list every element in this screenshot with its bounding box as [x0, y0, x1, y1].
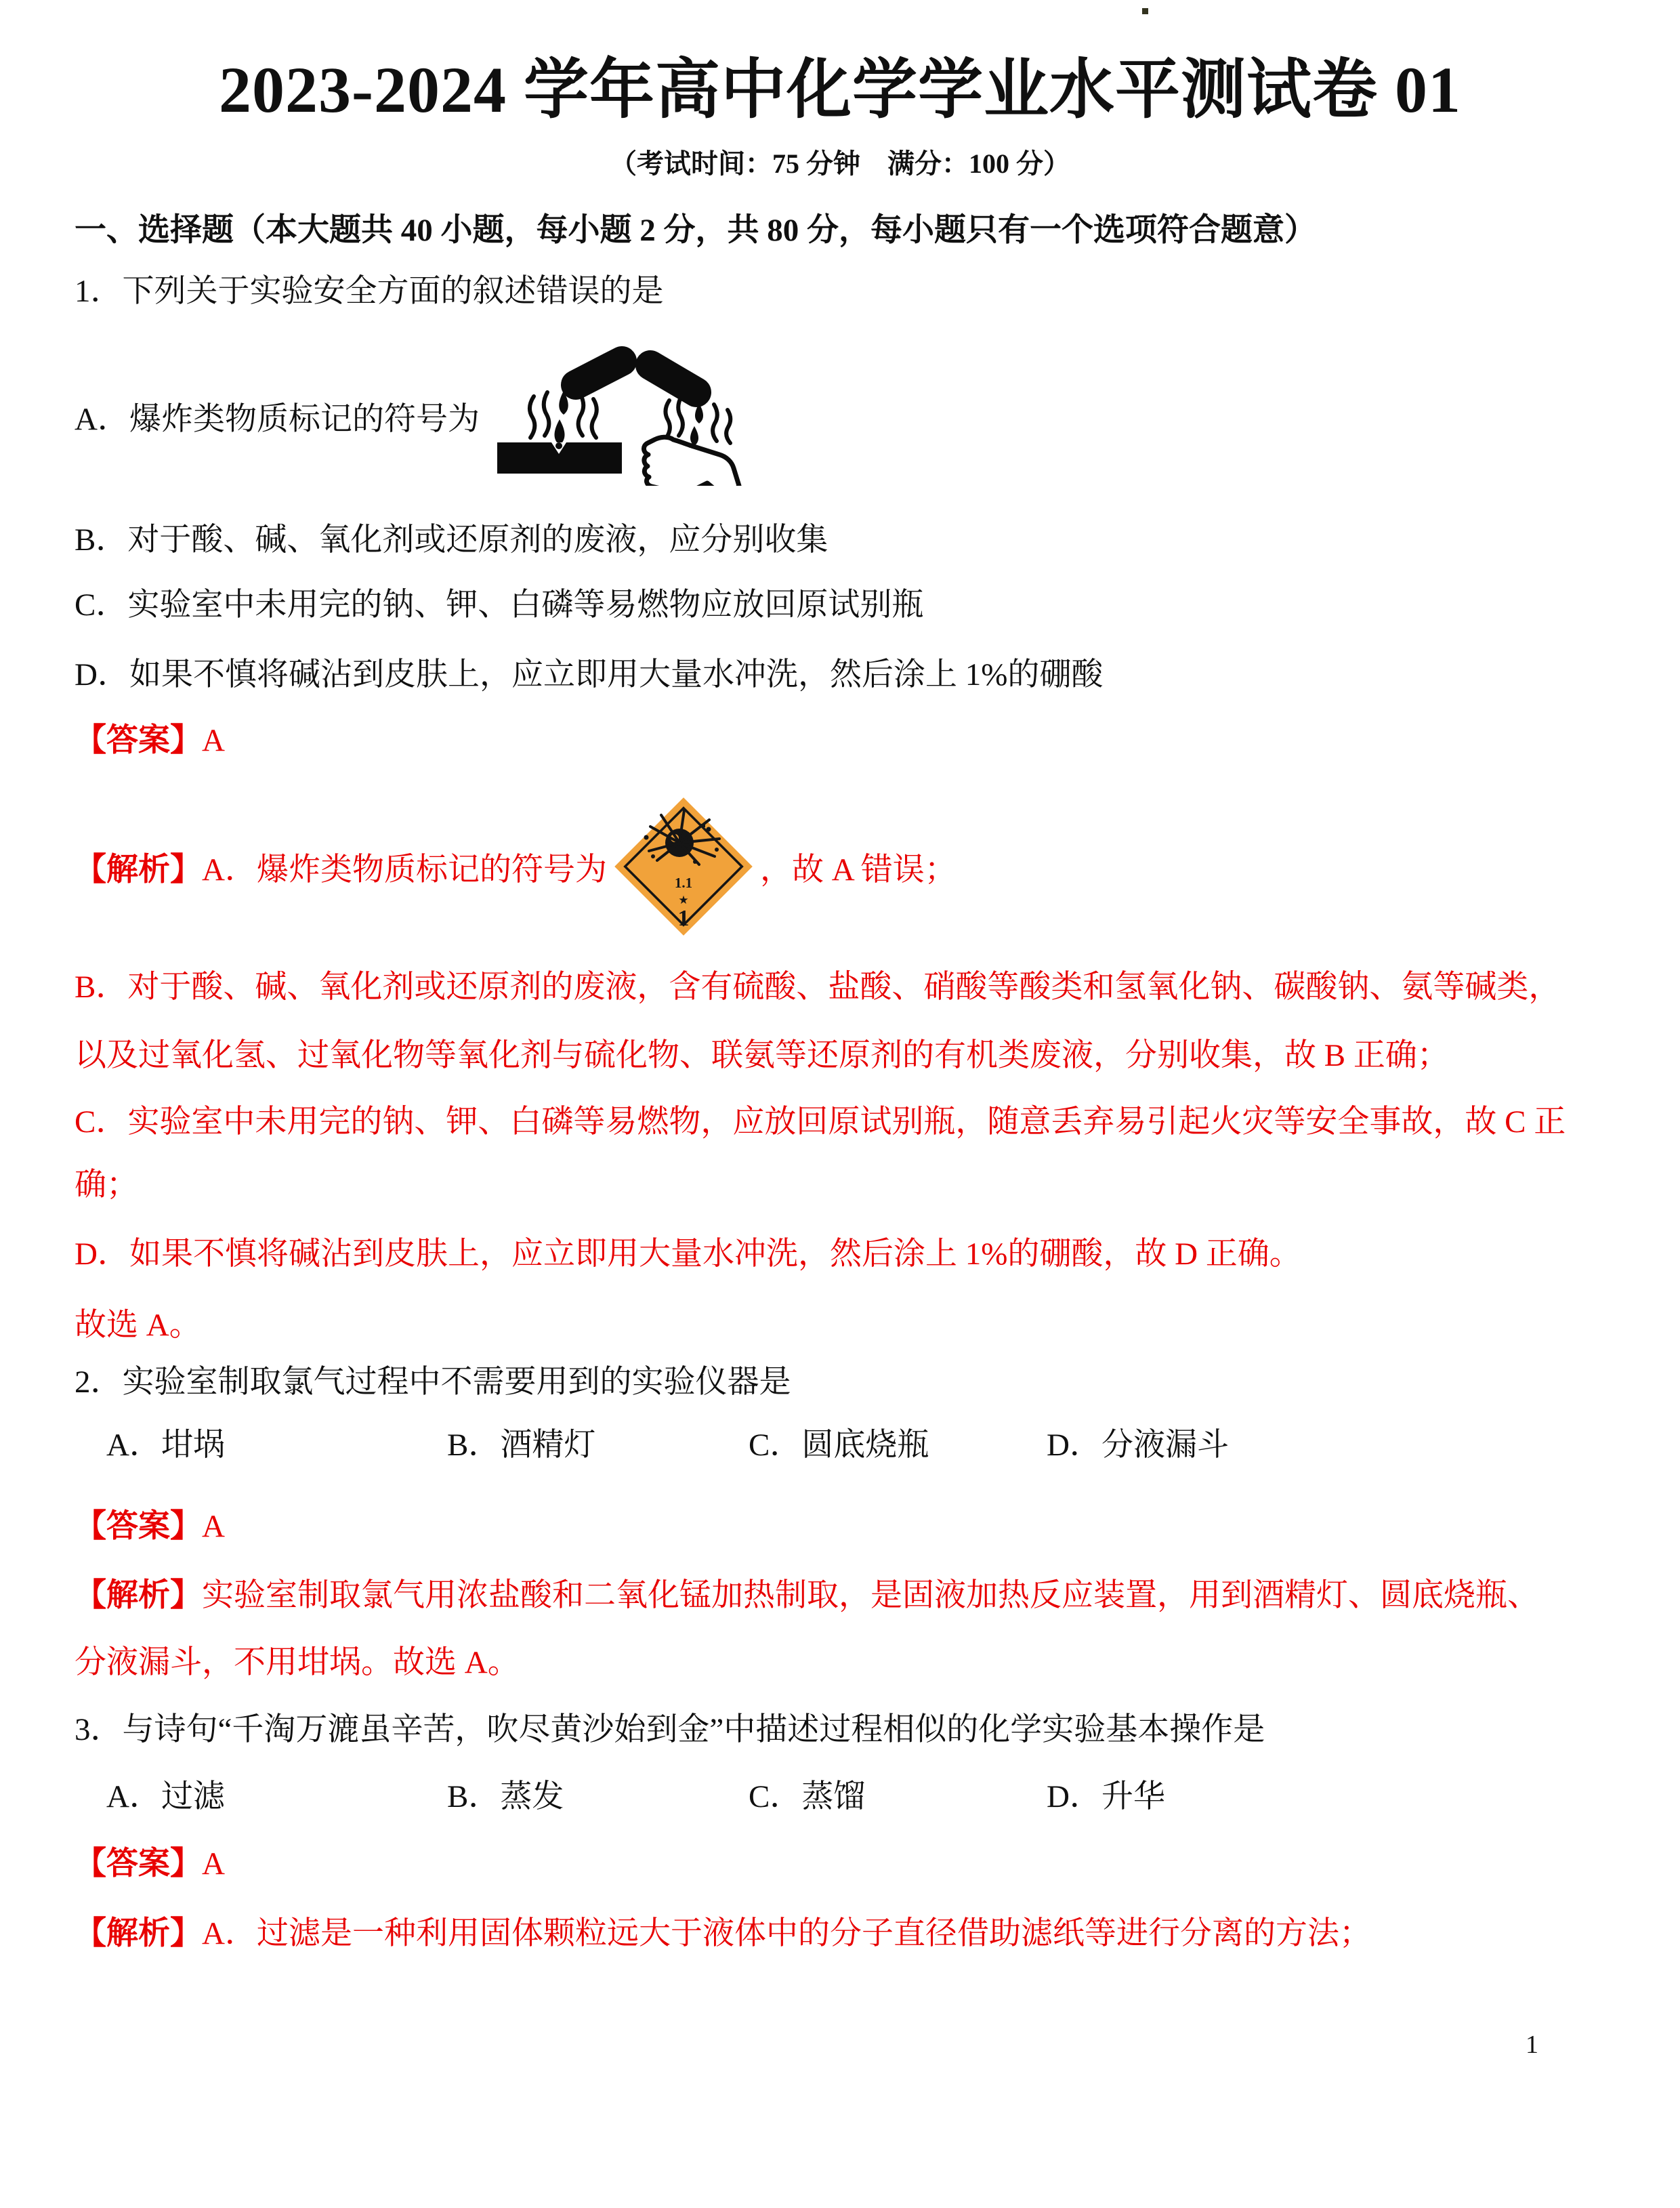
q1-option-b: B．对于酸、碱、氧化剂或还原剂的废液，应分别收集 [75, 520, 828, 560]
q1-option-a-text: A．爆炸类物质标记的符号为 [75, 394, 480, 439]
analysis-marker: 【解析】 [75, 844, 202, 890]
q3-option-a: A．过滤 [106, 1776, 225, 1817]
q3-stem: 3．与诗句“千淘万漉虽辛苦，吹尽黄沙始到金”中描述过程相似的化学实验基本操作是 [75, 1709, 1265, 1750]
q1-analysis-b-line1: B．对于酸、碱、氧化剂或还原剂的废液，含有硫酸、盐酸、硝酸等酸类和氢氧化钠、碳酸… [75, 967, 1560, 1007]
q3-option-b: B．蒸发 [447, 1776, 564, 1817]
page-number: 1 [1526, 2028, 1538, 2061]
q1-analysis-b-line2: 以及过氧化氢、过氧化物等氧化剂与硫化物、联氨等还原剂的有机类废液，分别收集，故 … [75, 1035, 1449, 1076]
q2-option-a: A．坩埚 [106, 1425, 225, 1465]
q1-option-c: C．实验室中未用完的钠、钾、白磷等易燃物应放回原试别瓶 [75, 585, 923, 625]
q3-analysis-line1: 【解析】A．过滤是一种利用固体颗粒远大于液体中的分子直径借助滤纸等进行分离的方法… [75, 1913, 1371, 1954]
q3-analysis-text1: A．过滤是一种利用固体颗粒远大于液体中的分子直径借助滤纸等进行分离的方法； [202, 1916, 1371, 1951]
q2-answer-value: A [202, 1509, 225, 1544]
q1-answer-value: A [202, 723, 225, 758]
scan-artifact-dot [1142, 8, 1148, 14]
q1-answer: 【答案】A [75, 720, 225, 761]
q3-option-d: D．升华 [1047, 1776, 1165, 1817]
q2-option-d: D．分液漏斗 [1047, 1425, 1229, 1465]
q1-analysis-c-line1: C．实验室中未用完的钠、钾、白磷等易燃物，应放回原试别瓶，随意丢弃易引起火灾等安… [75, 1102, 1566, 1142]
hand-outline [644, 437, 739, 486]
exam-meta: （考试时间：75 分钟 满分：100 分） [0, 142, 1680, 181]
explosive-class1-placard-image: 1.1 ★ 1 [614, 797, 753, 936]
q2-analysis-line2: 分液漏斗，不用坩埚。故选 A。 [75, 1642, 520, 1683]
q3-answer-value: A [202, 1846, 225, 1881]
section-header: 一、选择题（本大题共 40 小题，每小题 2 分，共 80 分，每小题只有一个选… [75, 210, 1316, 251]
exam-document-page: 2023-2024 学年高中化学学业水平测试卷 01 （考试时间：75 分钟 满… [0, 0, 1680, 2208]
q1-analysis-c-line2: 确； [75, 1165, 138, 1205]
q1-conclusion: 故选 A。 [75, 1305, 201, 1346]
q1-analysis-a-suffix: ，故 A 错误； [760, 844, 957, 890]
placard-star-glyph: ★ [678, 894, 688, 907]
answer-marker: 【答案】 [75, 723, 202, 758]
q3-options: A．过滤 B．蒸发 C．蒸馏 D．升华 [75, 1776, 1633, 1818]
q2-stem: 2．实验室制取氯气过程中不需要用到的实验仪器是 [75, 1362, 791, 1402]
analysis-marker: 【解析】 [75, 1916, 202, 1951]
q2-analysis-text1: 实验室制取氯气用浓盐酸和二氧化锰加热制取，是固液加热反应装置，用到酒精灯、圆底烧… [202, 1578, 1539, 1613]
corrosive-pictogram-image [496, 346, 745, 486]
q2-option-b: B．酒精灯 [447, 1425, 595, 1465]
q2-analysis-line1: 【解析】实验室制取氯气用浓盐酸和二氧化锰加热制取，是固液加热反应装置，用到酒精灯… [75, 1575, 1539, 1616]
q1-stem: 1．下列关于实验安全方面的叙述错误的是 [75, 271, 664, 312]
analysis-marker: 【解析】 [75, 1578, 202, 1613]
q1-analysis-a: 【解析】A．爆炸类物质标记的符号为 [75, 797, 957, 936]
q2-options: A．坩埚 B．酒精灯 C．圆底烧瓶 D．分液漏斗 [75, 1425, 1633, 1467]
q2-answer: 【答案】A [75, 1506, 225, 1547]
placard-division-label: 1.1 [675, 875, 692, 891]
q2-option-c: C．圆底烧瓶 [749, 1425, 929, 1465]
q1-option-a: A．爆炸类物质标记的符号为 [75, 345, 745, 487]
answer-marker: 【答案】 [75, 1846, 202, 1881]
q1-analysis-d: D．如果不慎将碱沾到皮肤上，应立即用大量水冲洗，然后涂上 1%的硼酸，故 D 正… [75, 1234, 1301, 1274]
answer-marker: 【答案】 [75, 1509, 202, 1544]
q1-option-d: D．如果不慎将碱沾到皮肤上，应立即用大量水冲洗，然后涂上 1%的硼酸 [75, 654, 1103, 695]
q3-answer: 【答案】A [75, 1844, 225, 1884]
q1-analysis-a-text: A．爆炸类物质标记的符号为 [202, 844, 607, 890]
placard-class-number: 1 [677, 906, 689, 931]
page-title: 2023-2024 学年高中化学学业水平测试卷 01 [0, 38, 1680, 131]
q3-option-c: C．蒸馏 [749, 1776, 865, 1817]
